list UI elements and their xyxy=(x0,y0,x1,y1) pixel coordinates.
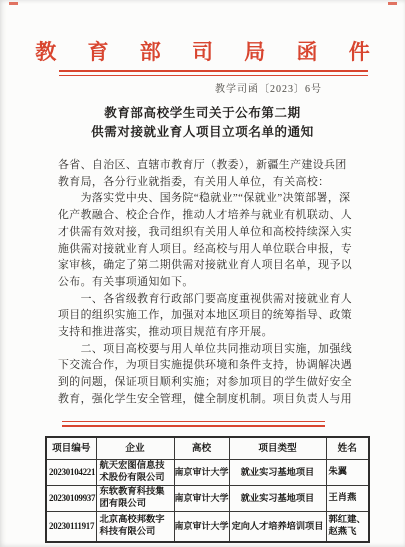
table-row: 20230111917北京高校邦数字科技有限公司南京审计大学定向人才培养培训项目… xyxy=(46,512,369,543)
letterhead-double-rule xyxy=(59,70,368,76)
body-text: 各省、自治区、直辖市教育厅（教委），新疆生产建设兵团教育局，各分行业就指委，有关… xyxy=(58,157,349,408)
body-line: 到的问题，保证项目顺利实施；对参加项目的学生做好安全 xyxy=(58,374,349,391)
table-cell: 就业实习基地项目 xyxy=(229,486,326,512)
scan-artifact-mark xyxy=(9,2,18,5)
letterhead-title: 教 育 部 司 局 函 件 xyxy=(0,36,405,66)
table-header-cell: 项目类型 xyxy=(229,437,326,460)
notice-title-line-1: 教育部高校学生司关于公布第二期 xyxy=(0,104,405,123)
table-header-cell: 姓名 xyxy=(326,437,369,460)
body-line: 公布。有关事项通知如下。 xyxy=(58,274,349,291)
table-cell: 20230109937 xyxy=(46,486,96,512)
table-cell: 朱翼 xyxy=(326,460,369,486)
table-row: 20230104221航天宏图信息技术股份有限公司南京审计大学就业实习基地项目朱… xyxy=(46,460,369,486)
body-line: 家审核，确定了第二期供需对接就业育人项目名单，现予以 xyxy=(58,257,349,274)
body-line: 下交流合作，为项目实施提供环境和条件支持，协调解决遇 xyxy=(58,357,349,374)
table-header-cell: 项目编号 xyxy=(46,437,96,460)
table-cell: 北京高校邦数字科技有限公司 xyxy=(96,512,174,543)
table-header-cell: 高校 xyxy=(174,437,229,460)
doc-number: 教学司函〔2023〕6号 xyxy=(58,80,322,95)
scanned-official-letter: { "document": { "letterhead": "教 育 部 司 局… xyxy=(0,0,405,547)
body-line: 为落实党中央、国务院“稳就业”“保就业”决策部署，深 xyxy=(58,190,349,207)
body-line: 教育，强化学生安全管理，健全制度机制。项目负责人与用 xyxy=(58,391,349,408)
table-cell: 定向人才培养培训项目 xyxy=(229,512,326,543)
table-cell: 郭红建、赵燕飞 xyxy=(326,512,369,543)
table-cell: 航天宏图信息技术股份有限公司 xyxy=(96,460,174,486)
table-cell: 南京审计大学 xyxy=(174,460,229,486)
table-cell: 20230111917 xyxy=(46,512,96,543)
notice-title-line-2: 供需对接就业育人项目立项名单的通知 xyxy=(0,123,405,142)
body-line: 项目的组织实施工作，加强对本地区项目的统筹指导、政策 xyxy=(58,307,349,324)
notice-title: 教育部高校学生司关于公布第二期 供需对接就业育人项目立项名单的通知 xyxy=(0,104,405,141)
table-cell: 南京审计大学 xyxy=(174,512,229,543)
scan-artifact-mark xyxy=(388,2,397,5)
body-line: 一、各省级教育行政部门要高度重视供需对接就业育人 xyxy=(58,291,349,308)
body-line: 支持和推进落实，推动项目规范有序开展。 xyxy=(58,324,349,341)
table-row: 20230109937东软教育科技集团有限公司南京审计大学就业实习基地项目王肖燕 xyxy=(46,486,369,512)
body-line: 教育局，各分行业就指委，有关用人单位，有关高校： xyxy=(58,174,349,191)
table-cell: 王肖燕 xyxy=(326,486,369,512)
body-line: 化产教融合、校企合作，推动人才培养与就业有机联动、人 xyxy=(58,207,349,224)
table-separator-double-rule xyxy=(62,421,325,427)
table-body: 20230104221航天宏图信息技术股份有限公司南京审计大学就业实习基地项目朱… xyxy=(46,460,369,543)
body-line: 各省、自治区、直辖市教育厅（教委），新疆生产建设兵团 xyxy=(58,157,349,174)
projects-table: 项目编号企业高校项目类型姓名 20230104221航天宏图信息技术股份有限公司… xyxy=(45,436,370,543)
table-cell: 20230104221 xyxy=(46,460,96,486)
table-cell: 就业实习基地项目 xyxy=(229,460,326,486)
table-header-row: 项目编号企业高校项目类型姓名 xyxy=(46,437,369,460)
table-cell: 南京审计大学 xyxy=(174,486,229,512)
body-line: 二、项目高校要与用人单位共同推动项目实施，加强线 xyxy=(58,341,349,358)
body-line: 施供需对接就业育人项目。经高校与用人单位联合申报，专 xyxy=(58,241,349,258)
body-line: 才供需有效对接，我司组织有关用人单位和高校持续深入实 xyxy=(58,224,349,241)
table-header-cell: 企业 xyxy=(96,437,174,460)
table-cell: 东软教育科技集团有限公司 xyxy=(96,486,174,512)
